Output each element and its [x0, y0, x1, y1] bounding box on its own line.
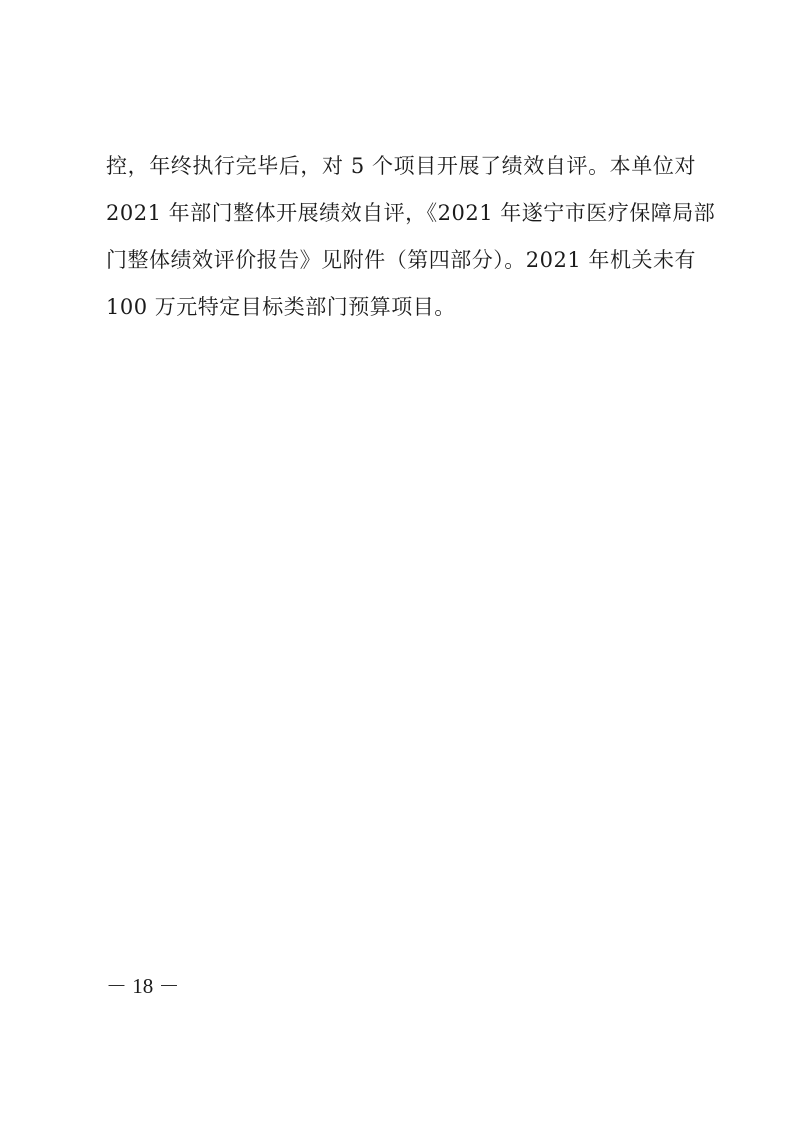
paragraph-line-1: 控，年终执行完毕后，对 5 个项目开展了绩效自评。本单位对 — [106, 143, 696, 190]
paragraph-line-2: 2021 年部门整体开展绩效自评，《2021 年遂宁市医疗保障局部 — [106, 190, 696, 237]
paragraph-line-3: 门整体绩效评价报告》见附件（第四部分）。2021 年机关未有 — [106, 237, 696, 284]
page-number: － 18 － — [106, 972, 180, 1000]
paragraph-line-4: 100 万元特定目标类部门预算项目。 — [106, 284, 696, 331]
document-page: 控，年终执行完毕后，对 5 个项目开展了绩效自评。本单位对 2021 年部门整体… — [0, 0, 793, 1122]
body-paragraph: 控，年终执行完毕后，对 5 个项目开展了绩效自评。本单位对 2021 年部门整体… — [106, 143, 696, 331]
